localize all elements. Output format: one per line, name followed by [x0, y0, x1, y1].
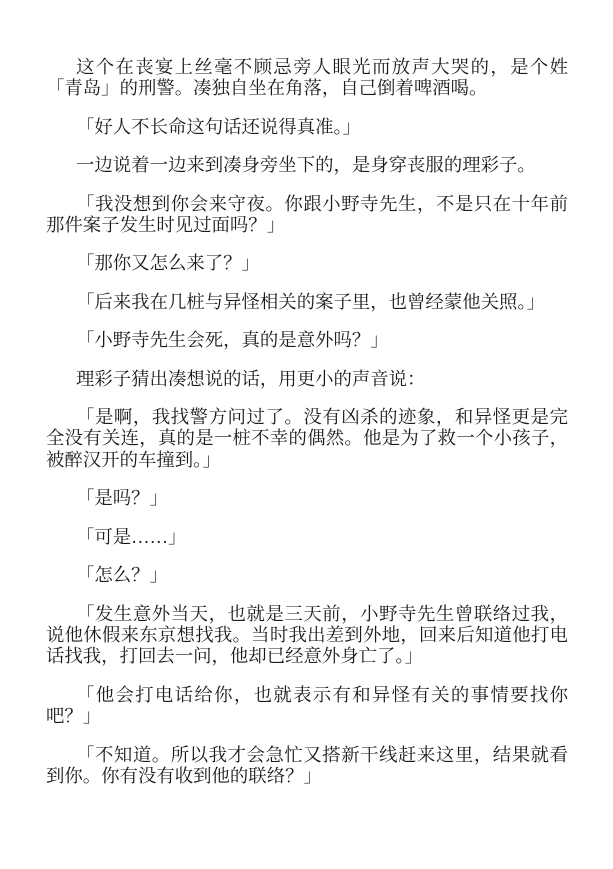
page-background: { "page": { "type": "novel-text-page", "… — [0, 0, 613, 869]
paragraph-dialogue-1: 「好人不长命这句话还说得真准。」 — [46, 117, 568, 138]
paragraph-dialogue-2: 「我没想到你会来守夜。你跟小野寺先生，不是只在十年前那件案子发生时见过面吗？」 — [46, 194, 568, 237]
paragraph-dialogue-9: 「怎么？」 — [46, 565, 568, 586]
paragraph-narration-2: 一边说着一边来到凑身旁坐下的，是身穿丧服的理彩子。 — [46, 155, 568, 176]
paragraph-dialogue-8: 「可是……」 — [46, 527, 568, 548]
paragraph-dialogue-5: 「小野寺先生会死，真的是意外吗？」 — [46, 330, 568, 351]
paragraph-dialogue-12: 「不知道。所以我才会急忙又搭新干线赶来这里，结果就看到你。你有没有收到他的联络？… — [46, 745, 568, 788]
paragraph-dialogue-4: 「后来我在几桩与异怪相关的案子里，也曾经蒙他关照。」 — [46, 292, 568, 313]
paragraph-narration-3: 理彩子猜出凑想说的话，用更小的声音说： — [46, 369, 568, 390]
paragraph-dialogue-10: 「发生意外当天，也就是三天前，小野寺先生曾联络过我，说他休假来东京想找我。当时我… — [46, 604, 568, 668]
paragraph-dialogue-11: 「他会打电话给你，也就表示有和异怪有关的事情要找你吧？」 — [46, 685, 568, 728]
paragraph-dialogue-7: 「是吗？」 — [46, 488, 568, 509]
book-page: 这个在丧宴上丝毫不顾忌旁人眼光而放声大哭的，是个姓「青岛」的刑警。凑独自坐在角落… — [0, 0, 613, 869]
paragraph-narration-1: 这个在丧宴上丝毫不顾忌旁人眼光而放声大哭的，是个姓「青岛」的刑警。凑独自坐在角落… — [46, 57, 568, 100]
paragraph-dialogue-3: 「那你又怎么来了？」 — [46, 253, 568, 274]
paragraph-dialogue-6: 「是啊，我找警方问过了。没有凶杀的迹象，和异怪更是完全没有关连，真的是一桩不幸的… — [46, 407, 568, 471]
